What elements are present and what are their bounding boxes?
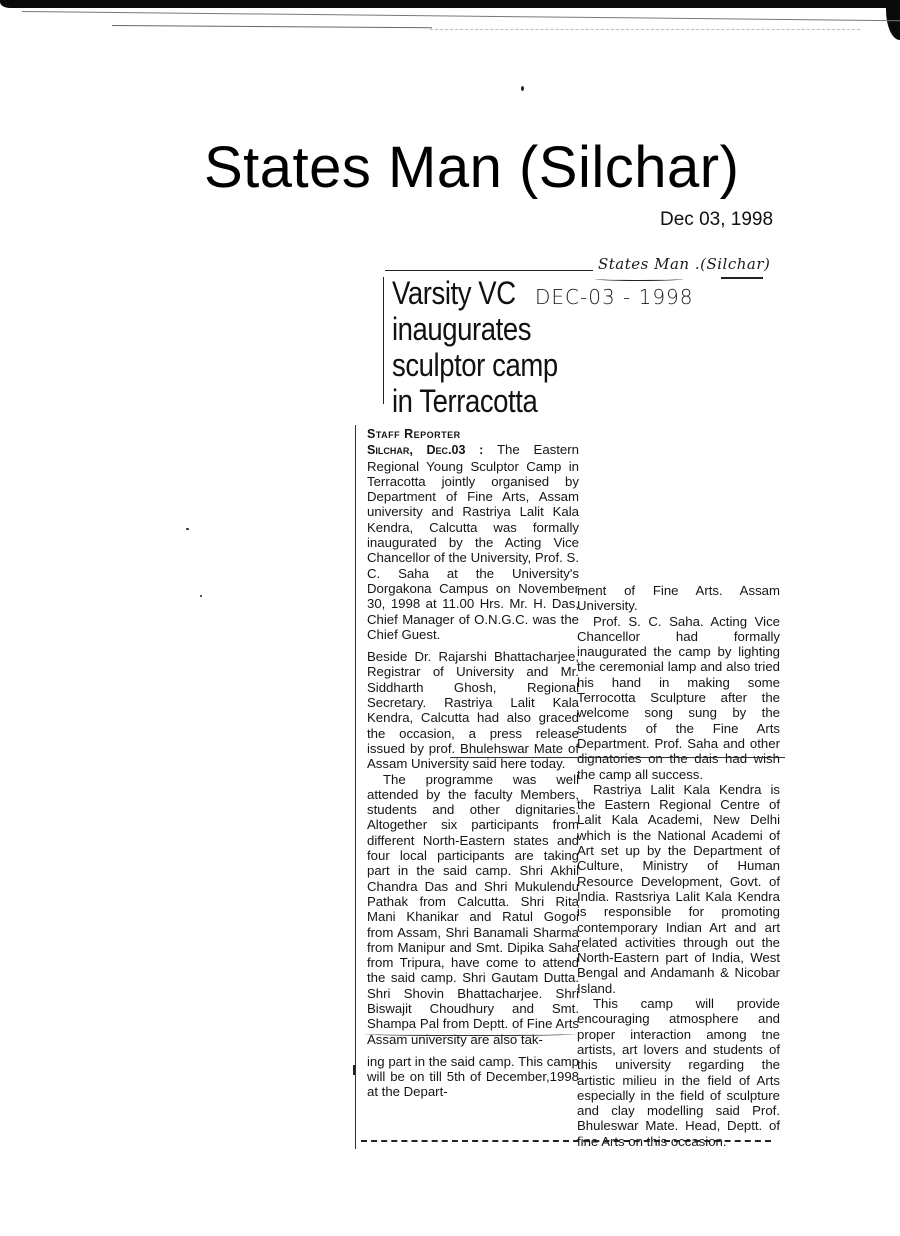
scan-fold-line	[22, 11, 900, 21]
clipping-bottom-rule	[361, 1140, 771, 1142]
scan-speck	[521, 86, 524, 91]
article-byline: Staff Reporter	[367, 427, 579, 442]
scan-speck	[200, 595, 202, 597]
newspaper-clipping: States Man .(Silchar) DEC-03 - 1998 Vars…	[355, 255, 785, 1155]
article-column-left: Staff Reporter Silchar, Dec.03 : The Eas…	[367, 427, 579, 1100]
handwritten-underline	[721, 277, 763, 279]
page-date: Dec 03, 1998	[660, 209, 773, 231]
article-paragraph: Beside Dr. Rajarshi Bhattacharjee, Regis…	[367, 649, 579, 771]
headline-line: in Terracotta	[392, 383, 598, 419]
clipping-left-rule	[355, 425, 356, 1149]
headline-line: Varsity VC	[392, 275, 598, 311]
scan-speck	[186, 528, 189, 530]
article-paragraph: ment of Fine Arts. Assam University.	[577, 583, 780, 614]
clipping-top-rule	[385, 270, 593, 271]
headline-line: sculptor camp	[392, 347, 598, 383]
pen-strike-line	[450, 757, 785, 758]
handwritten-underline	[595, 277, 683, 281]
scan-fold-line	[430, 29, 860, 30]
article-paragraph: This camp will provide encouraging atmos…	[577, 996, 780, 1149]
article-paragraph: Rastriya Lalit Kala Kendra is the Easter…	[577, 782, 780, 996]
scan-top-border	[0, 0, 900, 8]
article-paragraph: ing part in the said camp. This camp wil…	[367, 1054, 579, 1100]
article-paragraph: Silchar, Dec.03 : The Eastern Regional Y…	[367, 442, 579, 642]
article-paragraph: The programme was well attended by the f…	[367, 772, 579, 1047]
clipping-left-rule	[383, 277, 384, 404]
margin-mark	[353, 1065, 355, 1075]
scan-fold-line	[112, 25, 432, 28]
page-title: States Man (Silchar)	[204, 139, 739, 197]
headline-line: inaugurates	[392, 311, 598, 347]
article-column-right: ment of Fine Arts. Assam University. Pro…	[577, 583, 780, 1149]
pen-underline	[365, 1031, 575, 1036]
article-headline: Varsity VC inaugurates sculptor camp in …	[392, 275, 598, 419]
article-dateline: Silchar, Dec.03 :	[367, 443, 483, 457]
handwritten-source-note: States Man .(Silchar)	[598, 255, 770, 273]
paragraph-text: The Eastern Regional Young Sculptor Camp…	[367, 442, 579, 642]
